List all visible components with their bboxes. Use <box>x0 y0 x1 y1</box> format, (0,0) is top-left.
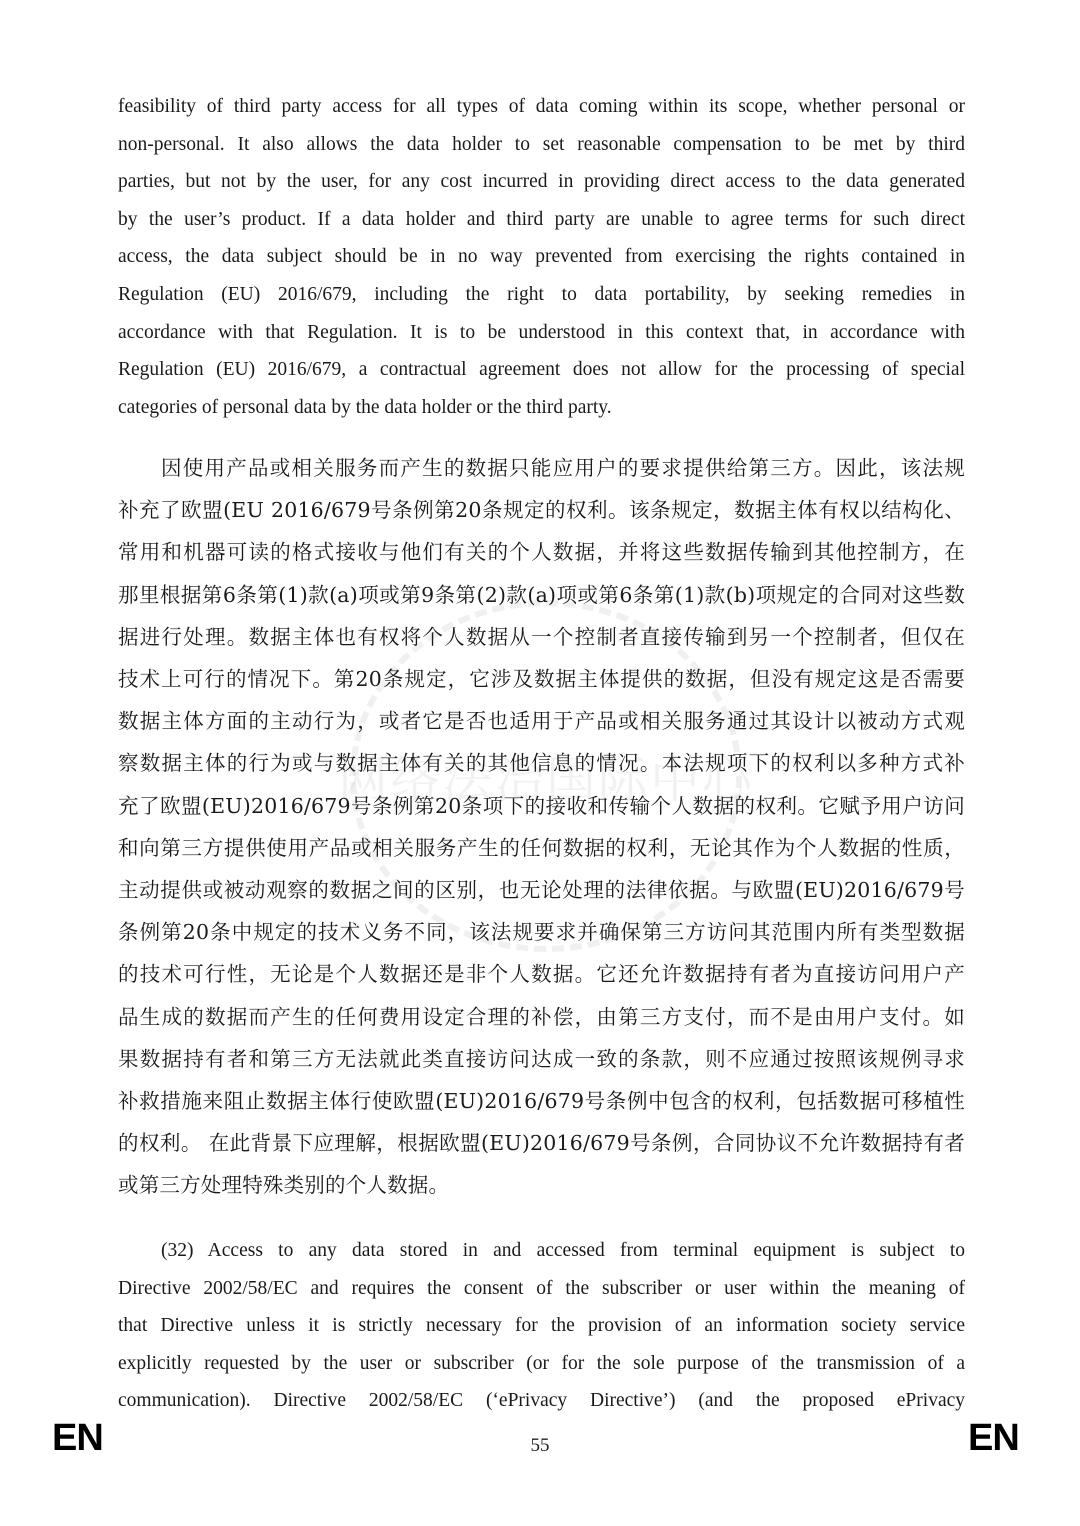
text-line: non-personal. It also allows the data ho… <box>118 132 965 158</box>
text-line: 数据主体方面的主动行为，或者它是否也适用于产品或相关服务通过其设计以被动方式观 <box>118 707 965 735</box>
text-line: feasibility of third party access for al… <box>118 94 965 120</box>
text-line: 主动提供或被动观察的数据之间的区别，也无论处理的法律依据。与欧盟(EU)2016… <box>118 876 965 904</box>
text-line: accordance with that Regulation. It is t… <box>118 320 965 346</box>
text-line: 技术上可行的情况下。第20条规定，它涉及数据主体提供的数据，但没有规定这是否需要 <box>118 665 965 693</box>
language-marker-right: EN <box>968 1418 1019 1458</box>
language-marker-left: EN <box>52 1418 103 1458</box>
text-line: parties, but not by the user, for any co… <box>118 169 965 195</box>
text-line: 的权利。 在此背景下应理解，根据欧盟(EU)2016/679号条例，合同协议不允… <box>118 1129 965 1157</box>
text-line: 那里根据第6条第(1)款(a)项或第9条第(2)款(a)项或第6条第(1)款(b… <box>118 581 965 609</box>
text-line: 品生成的数据而产生的任何费用设定合理的补偿，由第三方支付，而不是由用户支付。如 <box>118 1003 965 1031</box>
text-line: that Directive unless it is strictly nec… <box>118 1313 965 1339</box>
document-page: 网络法治国际中心 feasibility of third party acce… <box>0 0 1080 1526</box>
text-line: 和向第三方提供使用产品或相关服务产生的任何数据的权利，无论其作为个人数据的性质， <box>118 834 965 862</box>
text-line: 常用和机器可读的格式接收与他们有关的个人数据，并将这些数据传输到其他控制方，在 <box>118 538 965 566</box>
text-line: by the user’s product. If a data holder … <box>118 207 965 233</box>
text-line: 或第三方处理特殊类别的个人数据。 <box>118 1171 965 1199</box>
text-line: 的技术可行性，无论是个人数据还是非个人数据。它还允许数据持有者为直接访问用户产 <box>118 960 965 988</box>
text-line: Regulation (EU) 2016/679, including the … <box>118 282 965 308</box>
text-line: communication). Directive 2002/58/EC (‘e… <box>118 1388 965 1414</box>
text-line: 据进行处理。数据主体也有权将个人数据从一个控制者直接传输到另一个控制者，但仅在 <box>118 623 965 651</box>
text-line: 条例第20条中规定的技术义务不同，该法规要求并确保第三方访问其范围内所有类型数据 <box>118 918 965 946</box>
page-number: 55 <box>520 1434 560 1458</box>
text-line: 充了欧盟(EU)2016/679号条例第20条项下的接收和传输个人数据的权利。它… <box>118 792 965 820</box>
text-line: Directive 2002/58/EC and requires the co… <box>118 1276 965 1302</box>
text-line: 因使用产品或相关服务而产生的数据只能应用户的要求提供给第三方。因此，该法规 <box>118 454 965 482</box>
text-line: access, the data subject should be in no… <box>118 244 965 270</box>
text-line: categories of personal data by the data … <box>118 395 965 421</box>
text-line: 果数据持有者和第三方无法就此类直接访问达成一致的条款，则不应通过按照该规例寻求 <box>118 1045 965 1073</box>
text-line: 补充了欧盟(EU 2016/679号条例第20条规定的权利。该条规定，数据主体有… <box>118 496 965 524</box>
text-line: (32) Access to any data stored in and ac… <box>118 1238 965 1264</box>
text-line: Regulation (EU) 2016/679, a contractual … <box>118 357 965 383</box>
text-line: 补救措施来阻止数据主体行使欧盟(EU)2016/679号条例中包含的权利，包括数… <box>118 1087 965 1115</box>
text-line: explicitly requested by the user or subs… <box>118 1351 965 1377</box>
text-line: 察数据主体的行为或与数据主体有关的其他信息的情况。本法规项下的权利以多种方式补 <box>118 749 965 777</box>
